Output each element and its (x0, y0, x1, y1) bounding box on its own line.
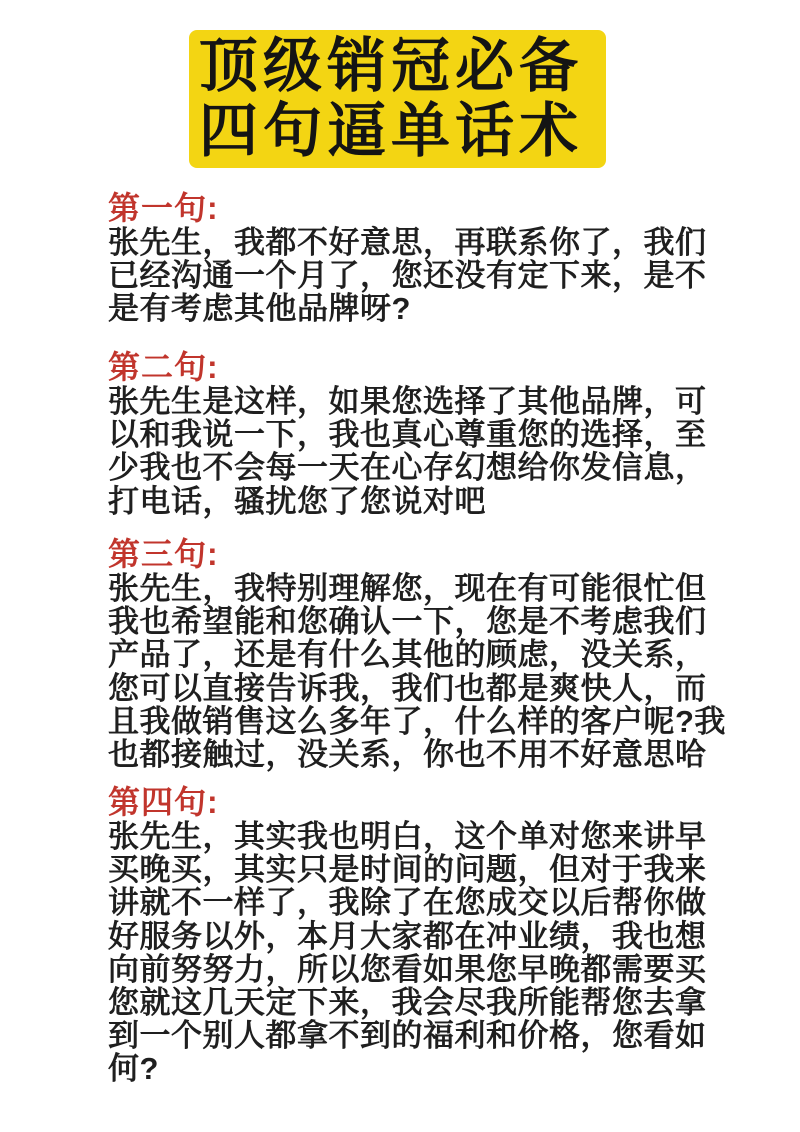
section-sentence-4: 第四句: 张先生，其实我也明白，这个单对您来讲早 买晚买，其实只是时间的问题，但… (108, 784, 707, 1086)
body-line: 您可以直接告诉我，我们也都是爽快人，而 (108, 672, 726, 705)
section-heading: 第二句: (108, 349, 707, 385)
body-line: 张先生，我特别理解您，现在有可能很忙但 (108, 572, 726, 605)
section-heading: 第三句: (108, 536, 726, 572)
body-line: 张先生，其实我也明白，这个单对您来讲早 (108, 820, 707, 853)
body-line: 也都接触过，没关系，你也不用不好意思哈 (108, 738, 726, 771)
section-sentence-2: 第二句: 张先生是这样，如果您选择了其他品牌，可 以和我说一下，我也真心尊重您的… (108, 349, 707, 518)
body-line: 少我也不会每一天在心存幻想给你发信息， (108, 451, 707, 484)
section-sentence-1: 第一句: 张先生，我都不好意思，再联系你了，我们 已经沟通一个月了，您还没有定下… (108, 190, 707, 326)
poster-page: 顶级销冠必备 四句逼单话术 第一句: 张先生，我都不好意思，再联系你了，我们 已… (0, 0, 800, 1132)
body-line: 到一个别人都拿不到的福利和价格，您看如 (108, 1019, 707, 1052)
body-line: 产品了，还是有什么其他的顾虑，没关系， (108, 638, 726, 671)
body-line: 好服务以外，本月大家都在冲业绩，我也想 (108, 920, 707, 953)
body-line: 且我做销售这么多年了，什么样的客户呢?我 (108, 705, 726, 738)
body-line: 张先生，我都不好意思，再联系你了，我们 (108, 226, 707, 259)
body-line: 买晚买，其实只是时间的问题，但对于我来 (108, 853, 707, 886)
body-line: 是有考虑其他品牌呀? (108, 292, 707, 325)
section-heading: 第一句: (108, 190, 707, 226)
body-line: 以和我说一下，我也真心尊重您的选择，至 (108, 418, 707, 451)
section-sentence-3: 第三句: 张先生，我特别理解您，现在有可能很忙但 我也希望能和您确认一下，您是不… (108, 536, 726, 771)
section-heading: 第四句: (108, 784, 707, 820)
body-line: 您就这几天定下来，我会尽我所能帮您去拿 (108, 986, 707, 1019)
body-line: 我也希望能和您确认一下，您是不考虑我们 (108, 605, 726, 638)
body-line: 打电话，骚扰您了您说对吧 (108, 485, 707, 518)
body-line: 张先生是这样，如果您选择了其他品牌，可 (108, 385, 707, 418)
body-line: 已经沟通一个月了，您还没有定下来，是不 (108, 259, 707, 292)
body-line: 向前努努力，所以您看如果您早晚都需要买 (108, 953, 707, 986)
title-line-1: 顶级销冠必备 (199, 34, 583, 99)
body-line: 讲就不一样了，我除了在您成交以后帮你做 (108, 886, 707, 919)
title-highlight-block: 顶级销冠必备 四句逼单话术 (189, 30, 606, 168)
body-line: 何? (108, 1052, 707, 1085)
title-line-2: 四句逼单话术 (199, 99, 583, 164)
